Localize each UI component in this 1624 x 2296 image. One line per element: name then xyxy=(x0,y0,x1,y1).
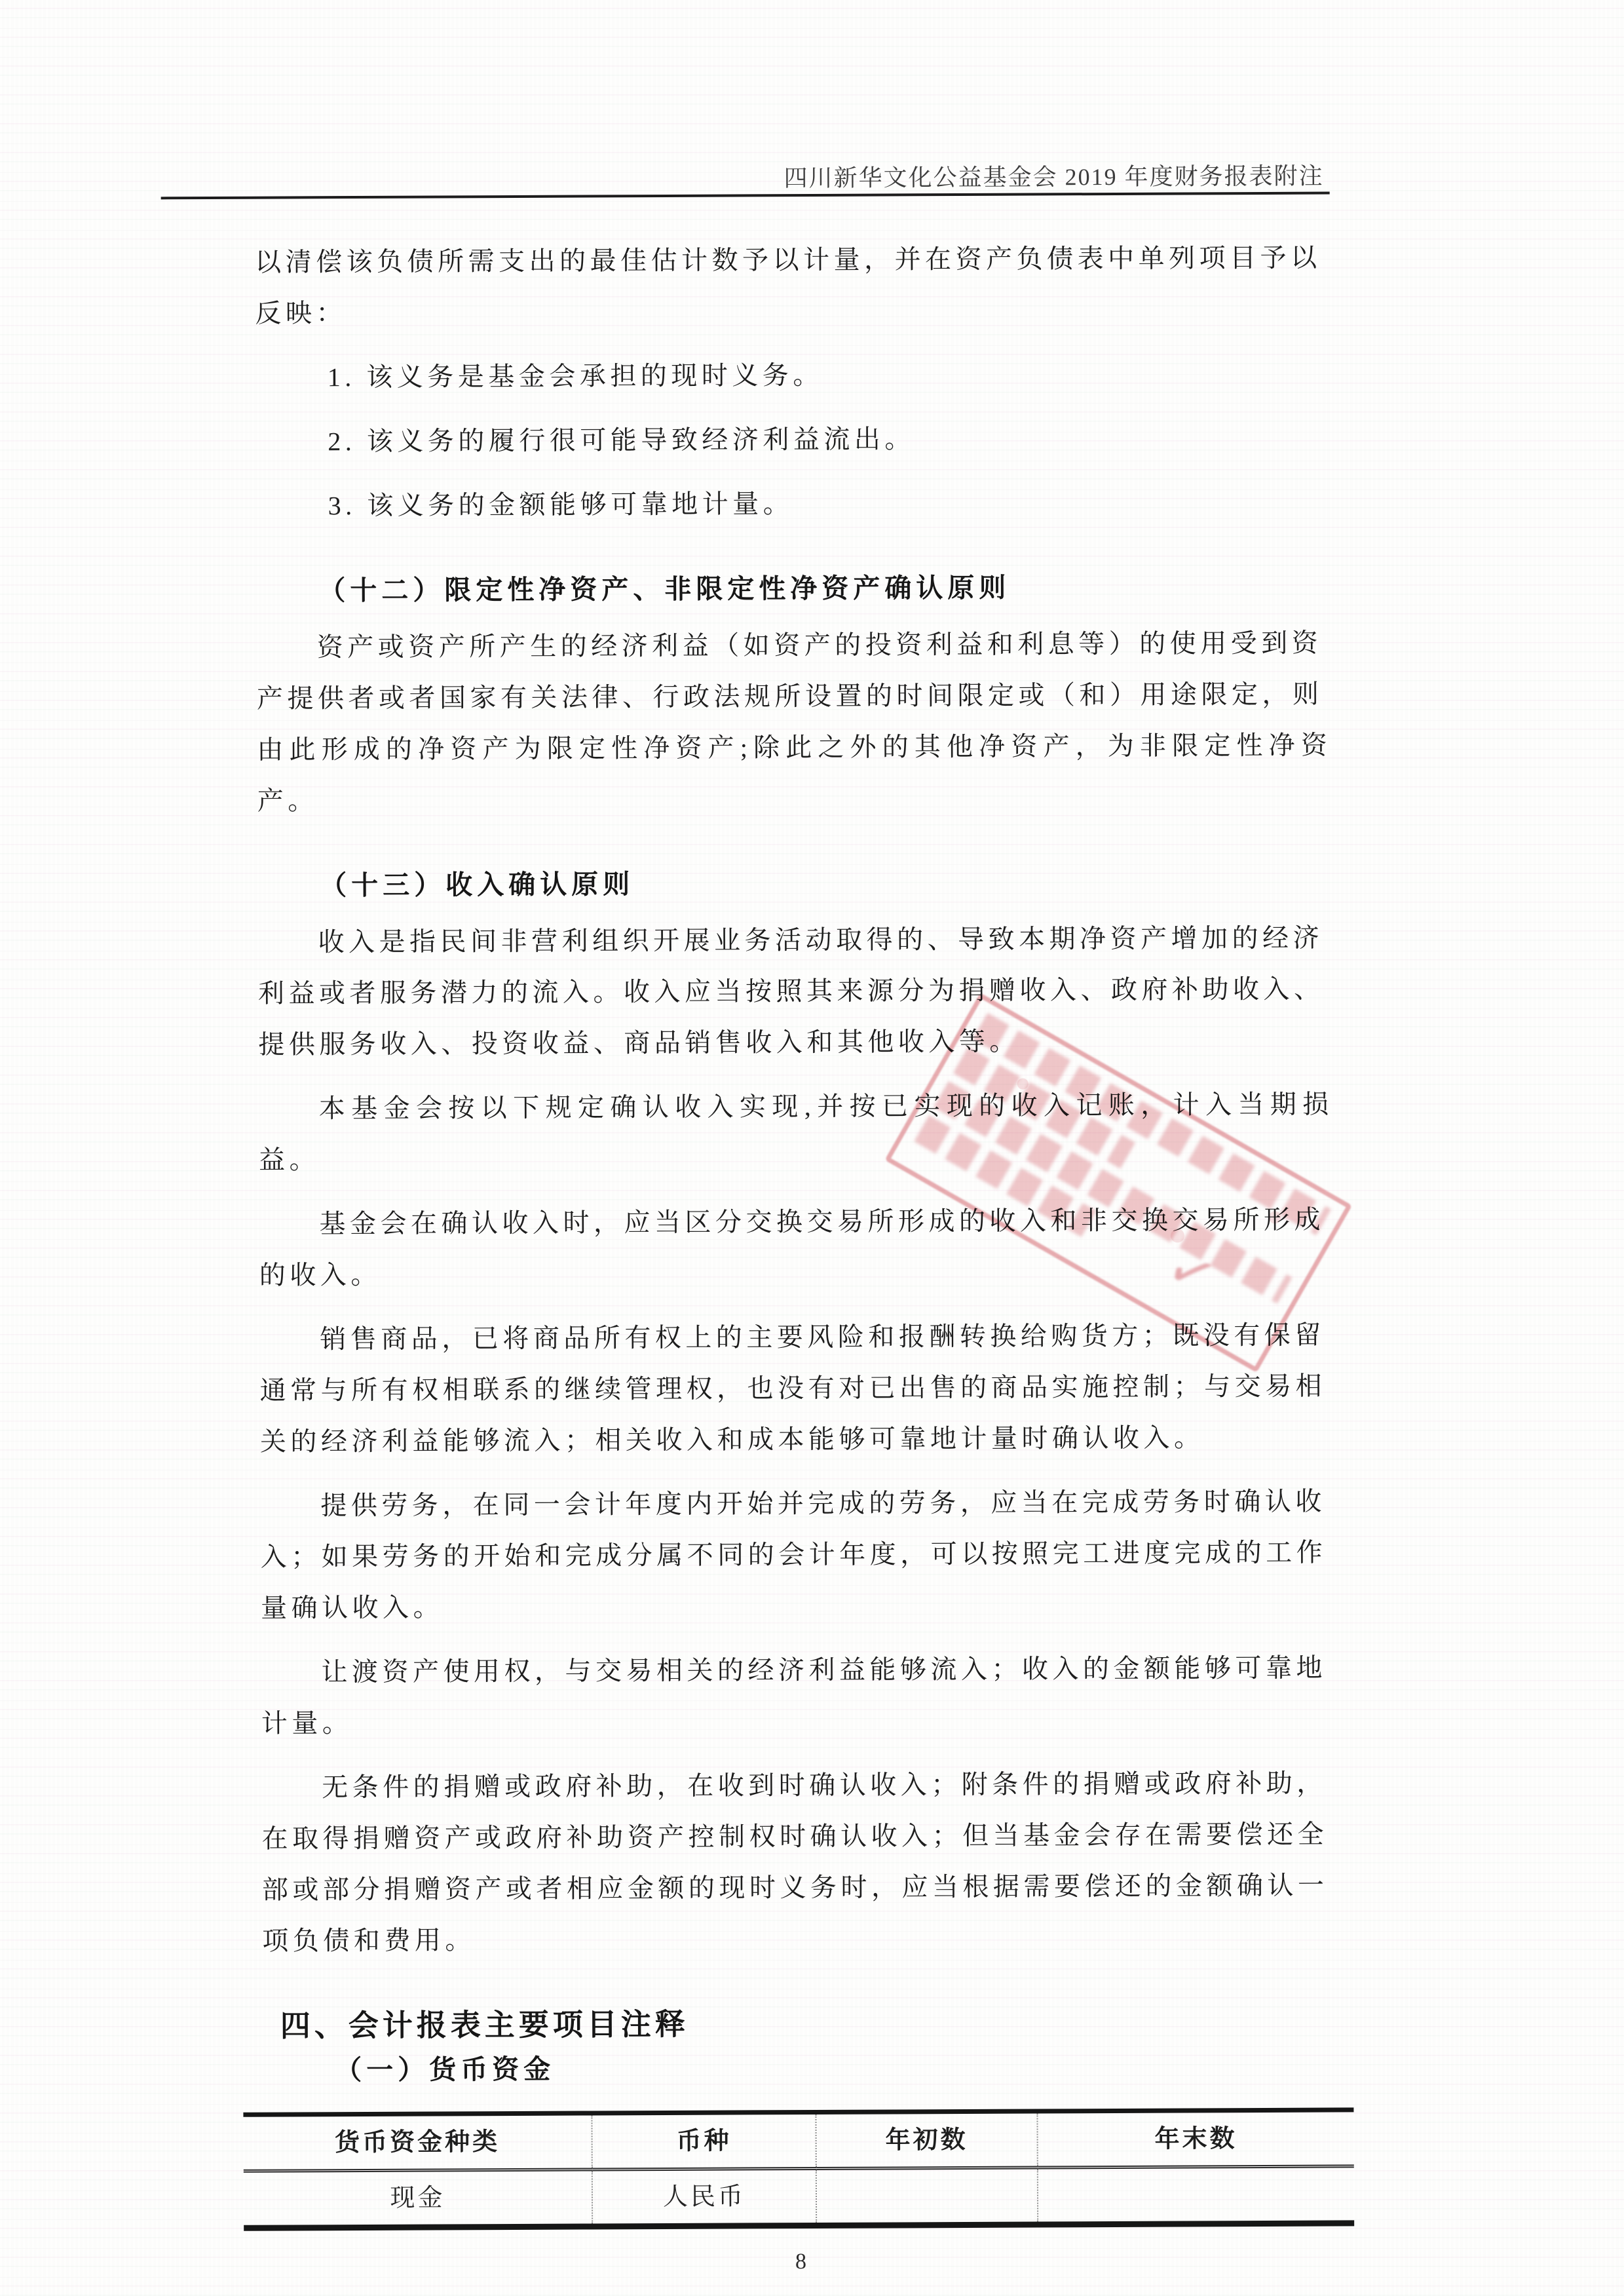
document-body: 以清偿该负债所需支出的最佳估计数予以计量，并在资产负债表中单列项目予以 反映： … xyxy=(254,0,1338,2290)
cell-ending-balance xyxy=(1038,2166,1354,2225)
paragraph: 本基金会按以下规定确认收入实现,并按已实现的收入记账，计入当期损益。 xyxy=(259,1079,1334,1186)
list-item: 1. 该义务是基金会承担的现时义务。 xyxy=(255,348,1330,404)
table-header-row: 货币资金种类 币种 年初数 年末数 xyxy=(243,2110,1353,2171)
table-row: 现金 人民币 xyxy=(244,2166,1354,2228)
page-number: 8 xyxy=(263,2234,1338,2290)
list-item: 2. 该义务的履行很可能导致经济利益流出。 xyxy=(255,412,1330,468)
cell-beginning-balance xyxy=(816,2168,1038,2225)
paragraph: 收入是指民间非营利组织开展业务活动取得的、导致本期净资产增加的经济 利益或者服务… xyxy=(257,913,1332,1071)
list-item: 3. 该义务的金额能够可靠地计量。 xyxy=(256,476,1331,532)
column-header-beginning-balance: 年初数 xyxy=(816,2111,1037,2168)
heading-revenue-recognition-principle: （十三）收入确认原则 xyxy=(257,855,1332,912)
paragraph: 以清偿该负债所需支出的最佳估计数予以计量，并在资产负债表中单列项目予以 反映： xyxy=(255,233,1330,339)
paragraph: 销售商品，已将商品所有权上的主要风险和报酬转换给购货方；既没有保留 通常与所有权… xyxy=(259,1310,1334,1468)
paragraph: 让渡资产使用权，与交易相关的经济利益能够流入；收入的金额能够可靠地 计量。 xyxy=(261,1643,1336,1750)
paragraph: 基金会在确认收入时，应当区分交换交易所形成的收入和非交换交易所形成 的收入。 xyxy=(259,1195,1334,1301)
column-header-fund-type: 货币资金种类 xyxy=(243,2113,592,2171)
cell-currency: 人民币 xyxy=(592,2168,816,2226)
paragraph: 无条件的捐赠或政府补助，在收到时确认收入；附条件的捐赠或政府补助， 在取得捐赠资… xyxy=(261,1758,1336,1967)
cell-fund-type: 现金 xyxy=(244,2170,592,2228)
heading-net-assets-principle: （十二）限定性净资产、非限定性净资产确认原则 xyxy=(256,560,1331,617)
paragraph: 提供劳务，在同一会计年度内开始并完成的劳务，应当在完成劳务时确认收 入；如果劳务… xyxy=(260,1476,1335,1634)
sub-heading-monetary-funds: （一）货币资金 xyxy=(263,2040,1337,2097)
monetary-funds-table: 货币资金种类 币种 年初数 年末数 现金 人民币 xyxy=(243,2107,1354,2230)
scanned-document-page: 四川新华文化公益基金会 2019 年度财务报表附注 以清偿该负债所需支出的最佳估… xyxy=(0,0,1624,2296)
paragraph: 资产或资产所产生的经济利益（如资产的投资利益和利息等）的使用受到资 产提供者或者… xyxy=(256,618,1331,827)
column-header-ending-balance: 年末数 xyxy=(1037,2110,1353,2168)
column-header-currency: 币种 xyxy=(592,2112,816,2169)
